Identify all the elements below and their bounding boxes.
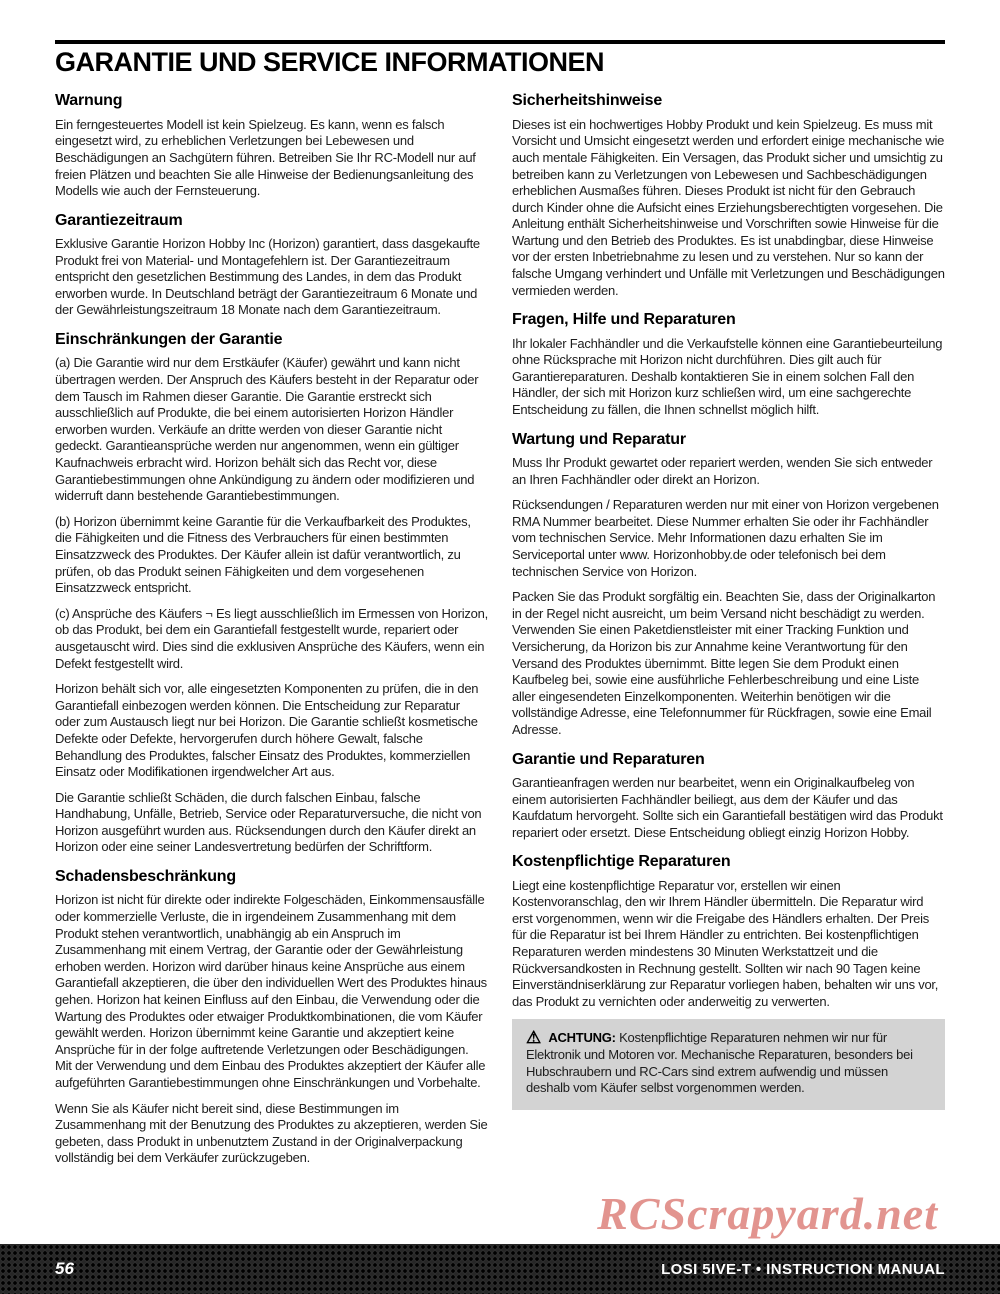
section-heading-warnung: Warnung <box>55 92 488 110</box>
right-column: Sicherheitshinweise Dieses ist ein hochw… <box>512 80 945 1176</box>
page-content: GARANTIE UND SERVICE INFORMATIONEN Warnu… <box>0 0 1000 1176</box>
paragraph: (c) Ansprüche des Käufers ¬ Es liegt aus… <box>55 606 488 672</box>
achtung-text: ⚠ ACHTUNG: Kostenpflichtige Reparaturen … <box>526 1030 931 1096</box>
section-heading-garantie-reparaturen: Garantie und Reparaturen <box>512 751 945 769</box>
page-title: GARANTIE UND SERVICE INFORMATIONEN <box>55 40 945 76</box>
paragraph: Garantieanfragen werden nur bearbeitet, … <box>512 775 945 841</box>
page-number: 56 <box>55 1259 74 1279</box>
paragraph: Exklusive Garantie Horizon Hobby Inc (Ho… <box>55 236 488 319</box>
two-column-layout: Warnung Ein ferngesteuertes Modell ist k… <box>55 80 945 1176</box>
paragraph: Horizon ist nicht für direkte oder indir… <box>55 892 488 1091</box>
section-heading-fragen-hilfe-reparaturen: Fragen, Hilfe und Reparaturen <box>512 311 945 329</box>
section-heading-kostenpflichtige-reparaturen: Kostenpflichtige Reparaturen <box>512 853 945 871</box>
paragraph: Die Garantie schließt Schäden, die durch… <box>55 790 488 856</box>
paragraph: Ihr lokaler Fachhändler und die Verkaufs… <box>512 336 945 419</box>
achtung-warning-box: ⚠ ACHTUNG: Kostenpflichtige Reparaturen … <box>512 1019 945 1109</box>
paragraph: Ein ferngesteuertes Modell ist kein Spie… <box>55 117 488 200</box>
achtung-label: ACHTUNG: <box>548 1030 615 1045</box>
paragraph: Horizon behält sich vor, alle eingesetzt… <box>55 681 488 781</box>
left-column: Warnung Ein ferngesteuertes Modell ist k… <box>55 80 488 1176</box>
section-heading-schadensbeschraenkung: Schadensbeschränkung <box>55 868 488 886</box>
manual-page: GARANTIE UND SERVICE INFORMATIONEN Warnu… <box>0 0 1000 1294</box>
watermark-text: RCScrapyard.net <box>597 1187 938 1240</box>
footer-bar: 56 LOSI 5IVE-T • INSTRUCTION MANUAL <box>0 1244 1000 1294</box>
paragraph: Muss Ihr Produkt gewartet oder repariert… <box>512 455 945 488</box>
paragraph: Liegt eine kostenpflichtige Reparatur vo… <box>512 878 945 1011</box>
section-heading-sicherheitshinweise: Sicherheitshinweise <box>512 92 945 110</box>
paragraph: Dieses ist ein hochwertiges Hobby Produk… <box>512 117 945 300</box>
paragraph: (a) Die Garantie wird nur dem Erstkäufer… <box>55 355 488 504</box>
section-heading-einschraenkungen: Einschränkungen der Garantie <box>55 331 488 349</box>
paragraph: Rücksendungen / Reparaturen werden nur m… <box>512 497 945 580</box>
paragraph: (b) Horizon übernimmt keine Garantie für… <box>55 514 488 597</box>
manual-title: LOSI 5IVE-T • INSTRUCTION MANUAL <box>661 1261 945 1278</box>
paragraph: Packen Sie das Produkt sorgfältig ein. B… <box>512 589 945 738</box>
warning-triangle-icon: ⚠ <box>526 1028 541 1047</box>
section-heading-wartung-reparatur: Wartung und Reparatur <box>512 431 945 449</box>
section-heading-garantiezeitraum: Garantiezeitraum <box>55 212 488 230</box>
paragraph: Wenn Sie als Käufer nicht bereit sind, d… <box>55 1101 488 1167</box>
